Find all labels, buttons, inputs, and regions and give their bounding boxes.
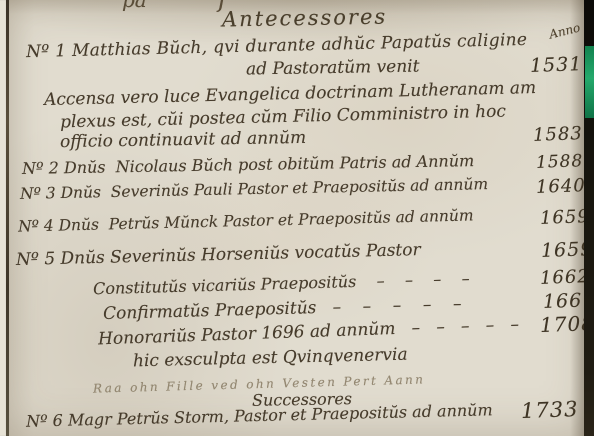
entry-line: officio continuavit ad annŭm	[60, 128, 306, 152]
section-heading-antecessores: Antecessores	[222, 5, 388, 32]
green-binding-patch	[585, 46, 594, 118]
entry-line: Nº 3 Dnŭs Severinŭs Pauli Pastor et Prae…	[20, 175, 488, 203]
entry-line: Nº 4 Dnŭs Petrŭs Mŭnck Pastor et Praepos…	[18, 206, 474, 235]
entry-line: Nº 5 Dnŭs Severinŭs Horseniŭs vocatŭs Pa…	[16, 240, 421, 270]
entry-line: Nº 2 Dnŭs Nicolaus Bŭch post obitŭm Patr…	[22, 151, 475, 178]
entry-line: Nº 1 Matthias Bŭch, qvi durante adhŭc Pa…	[26, 30, 528, 62]
entry-line: Constitutŭs vicariŭs Praepositŭs – – – –	[93, 269, 470, 299]
manuscript-scan: pa ſ Antecessores Anno Nº 1 Matthias Bŭc…	[0, 0, 594, 436]
page-fold-line	[6, 0, 9, 436]
entry-line: hic exsculpta est Qvinqvenervia	[133, 345, 408, 372]
cutoff-line-fragment: pa	[122, 0, 147, 12]
entry-line: ad Pastoratŭm venit	[246, 56, 420, 79]
manuscript-page: pa ſ Antecessores Anno Nº 1 Matthias Bŭc…	[0, 0, 594, 436]
